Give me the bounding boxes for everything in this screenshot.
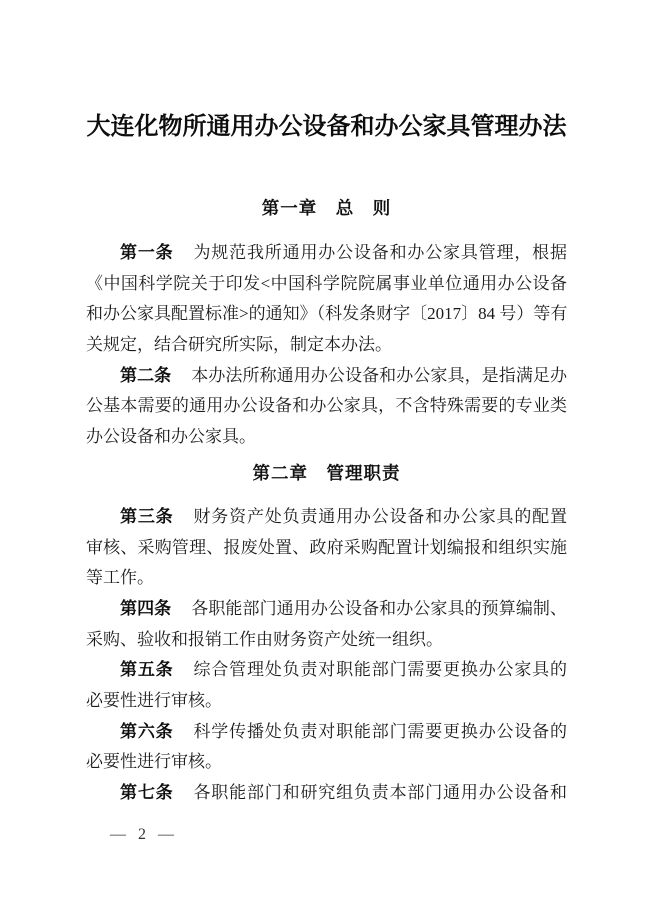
- article-6-number: 第六条: [120, 722, 173, 741]
- article-1-number: 第一条: [120, 243, 173, 262]
- page-number-footer: — 2 —: [110, 824, 567, 846]
- article-3-line-3: 等工作。: [86, 563, 567, 594]
- article-2-line-2: 公基本需要的通用办公设备和办公家具，不含特殊需要的专业类: [86, 391, 567, 422]
- article-4-line-2: 采购、验收和报销工作由财务资产处统一组织。: [86, 625, 567, 656]
- article-6-line-2: 必要性进行审核。: [86, 747, 567, 778]
- article-1: 第一条为规范我所通用办公设备和办公家具管理，根据 《中国科学院关于印发<中国科学…: [86, 238, 567, 361]
- article-1-line-1: 第一条为规范我所通用办公设备和办公家具管理，根据: [86, 238, 567, 269]
- article-3-text: 财务资产处负责通用办公设备和办公家具的配置: [193, 507, 567, 526]
- article-5-text: 综合管理处负责对职能部门需要更换办公家具的: [193, 660, 567, 679]
- document-page: 大连化物所通用办公设备和办公家具管理办法 第一章 总 则 第一条为规范我所通用办…: [0, 0, 650, 919]
- article-4-text: 各职能部门通用办公设备和办公家具的预算编制、: [191, 599, 567, 618]
- article-2-line-3: 办公设备和办公家具。: [86, 422, 567, 453]
- document-title: 大连化物所通用办公设备和办公家具管理办法: [86, 0, 567, 144]
- article-1-line-2: 《中国科学院关于印发<中国科学院院属事业单位通用办公设备: [86, 269, 567, 300]
- article-1-text: 为规范我所通用办公设备和办公家具管理，根据: [193, 243, 567, 262]
- article-5-line-1: 第五条综合管理处负责对职能部门需要更换办公家具的: [86, 655, 567, 686]
- article-5-line-2: 必要性进行审核。: [86, 686, 567, 717]
- article-2-line-1: 第二条本办法所称通用办公设备和办公家具，是指满足办: [86, 361, 567, 392]
- article-1-line-4: 关规定，结合研究所实际，制定本办法。: [86, 330, 567, 361]
- chapter-heading-1: 第一章 总 则: [86, 198, 567, 218]
- article-3-line-2: 审核、采购管理、报废处置、政府采购配置计划编报和组织实施: [86, 533, 567, 564]
- article-2-text: 本办法所称通用办公设备和办公家具，是指满足办: [191, 366, 567, 385]
- article-6: 第六条科学传播处负责对职能部门需要更换办公设备的 必要性进行审核。: [86, 717, 567, 778]
- article-4-number: 第四条: [120, 599, 171, 618]
- article-3-line-1: 第三条财务资产处负责通用办公设备和办公家具的配置: [86, 502, 567, 533]
- article-7-text: 各职能部门和研究组负责本部门通用办公设备和: [193, 783, 567, 802]
- article-3-number: 第三条: [120, 507, 173, 526]
- chapter-heading-2: 第二章 管理职责: [86, 463, 567, 483]
- article-7-number: 第七条: [120, 783, 173, 802]
- article-4-line-1: 第四条各职能部门通用办公设备和办公家具的预算编制、: [86, 594, 567, 625]
- article-1-line-3: 和办公家具配置标准>的通知》（科发条财字〔2017〕84 号）等有: [86, 299, 567, 330]
- article-4: 第四条各职能部门通用办公设备和办公家具的预算编制、 采购、验收和报销工作由财务资…: [86, 594, 567, 655]
- article-6-line-1: 第六条科学传播处负责对职能部门需要更换办公设备的: [86, 717, 567, 748]
- article-6-text: 科学传播处负责对职能部门需要更换办公设备的: [193, 722, 567, 741]
- article-2-number: 第二条: [120, 366, 171, 385]
- article-7-line-1: 第七条各职能部门和研究组负责本部门通用办公设备和: [86, 778, 567, 809]
- article-3: 第三条财务资产处负责通用办公设备和办公家具的配置 审核、采购管理、报废处置、政府…: [86, 502, 567, 594]
- article-5-number: 第五条: [120, 660, 173, 679]
- article-7: 第七条各职能部门和研究组负责本部门通用办公设备和: [86, 778, 567, 809]
- article-2: 第二条本办法所称通用办公设备和办公家具，是指满足办 公基本需要的通用办公设备和办…: [86, 361, 567, 453]
- article-5: 第五条综合管理处负责对职能部门需要更换办公家具的 必要性进行审核。: [86, 655, 567, 716]
